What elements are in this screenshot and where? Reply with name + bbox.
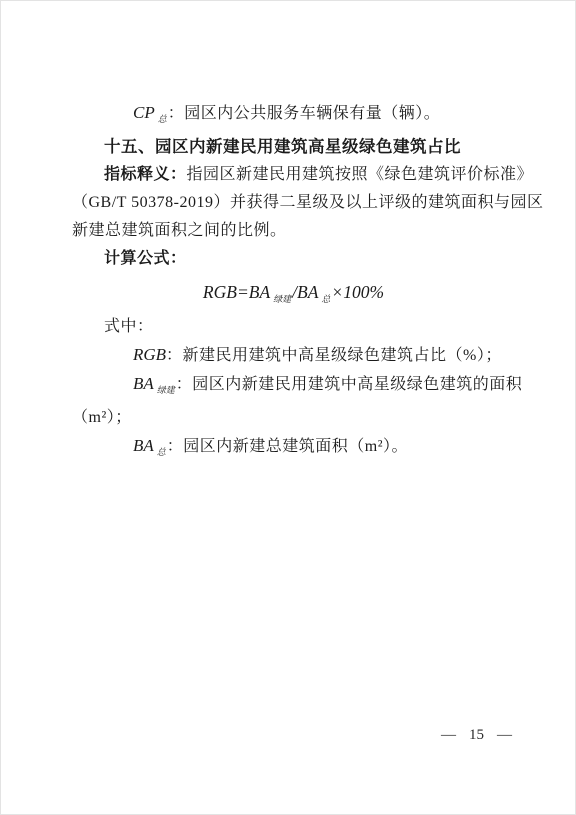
term-ba-total-line: BA总：园区内新建总建筑面积（m²）。 [72, 432, 505, 466]
indicator-definition-line-2: （GB/T 50378-2019）并获得二星级及以上评级的建筑面积与园区 [72, 189, 505, 217]
footer-dash-left: — [441, 727, 456, 744]
indicator-definition-text-1: 指园区新建民用建筑按照《绿色建筑评价标准》 [187, 166, 534, 183]
subscript-green-building: 绿建 [157, 385, 175, 395]
term-rgb-text: ：新建民用建筑中高星级绿色建筑占比（%）； [166, 347, 502, 364]
formula-rhs: ×100% [331, 282, 384, 302]
cp-definition-line: CP总：园区内公共服务车辆保有量（辆）。 [72, 99, 505, 133]
term-ba-green-line: BA绿建：园区内新建民用建筑中高星级绿色建筑的面积 [72, 370, 505, 404]
where-label: 式中： [72, 313, 505, 341]
variable-rgb: RGB [133, 345, 166, 364]
formula: RGB=BA绿建/BA总×100% [72, 278, 505, 313]
variable-ba-green: BA [133, 374, 154, 393]
subscript-total-2: 总 [157, 447, 166, 457]
formula-subscript-total: 总 [321, 294, 330, 304]
term-ba-green-text: ：园区内新建民用建筑中高星级绿色建筑的面积 [176, 376, 523, 393]
formula-mid: /BA [292, 282, 318, 302]
indicator-definition-line-1: 指标释义：指园区新建民用建筑按照《绿色建筑评价标准》 [72, 161, 505, 189]
formula-lhs: RGB=BA [203, 282, 270, 302]
formula-subscript-green: 绿建 [273, 294, 291, 304]
term-rgb-line: RGB：新建民用建筑中高星级绿色建筑占比（%）； [72, 341, 505, 370]
page-footer: —15— [441, 727, 512, 744]
term-ba-total-text: ：园区内新建总建筑面积（m²）。 [167, 438, 408, 455]
indicator-definition-line-3: 新建总建筑面积之间的比例。 [72, 217, 505, 245]
term-ba-green-continuation: （m²）； [72, 404, 505, 432]
page-number: 15 [469, 727, 484, 744]
document-content: CP总：园区内公共服务车辆保有量（辆）。 十五、园区内新建民用建筑高星级绿色建筑… [72, 99, 505, 466]
section-heading: 十五、园区内新建民用建筑高星级绿色建筑占比 [72, 133, 505, 161]
formula-label: 计算公式： [72, 245, 505, 273]
variable-cp: CP [133, 103, 155, 122]
footer-dash-right: — [497, 727, 512, 744]
cp-definition-text: ：园区内公共服务车辆保有量（辆）。 [168, 105, 441, 122]
variable-ba-total: BA [133, 436, 154, 455]
subscript-total: 总 [158, 114, 167, 124]
indicator-definition-label: 指标释义： [104, 166, 187, 183]
document-page: CP总：园区内公共服务车辆保有量（辆）。 十五、园区内新建民用建筑高星级绿色建筑… [0, 0, 576, 815]
